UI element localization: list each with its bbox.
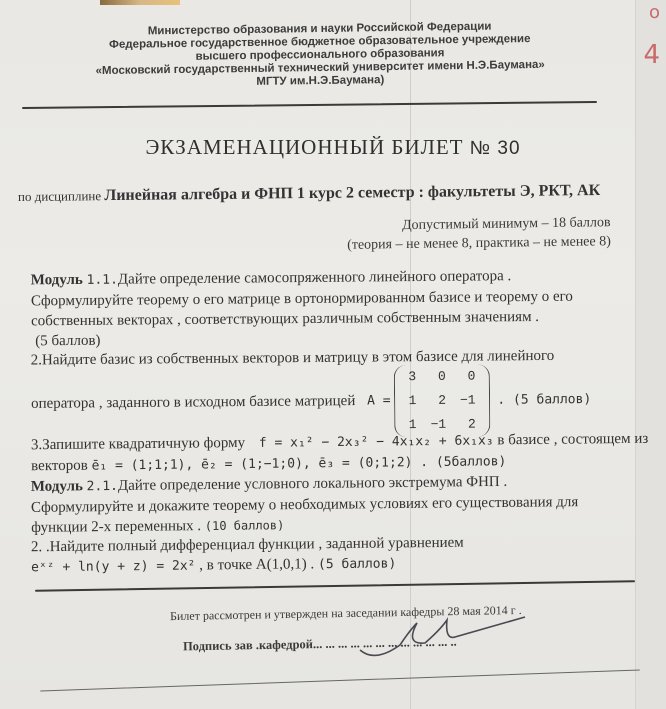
module2-q1: Модуль 2.1.Дайте определение условного л…	[31, 471, 579, 538]
matrix-label: A =	[367, 394, 391, 409]
discipline-name: Линейная алгебра и ФНП 1 курс 2 семестр …	[104, 182, 600, 204]
quadratic-form: f = x₁² − 2x₃² − 4x₁x₂ + 6x₁x₃	[259, 433, 494, 450]
module-label: Модуль	[31, 478, 83, 495]
matrix-cell: 1	[401, 389, 423, 413]
matrix-cell: 3	[401, 365, 423, 389]
question-text: Дайте определение самосопряженного линей…	[118, 268, 511, 287]
discipline-prefix: по дисциплине	[18, 188, 101, 204]
points: (5 баллов)	[318, 556, 396, 572]
matrix-a: 300 12−1 1−12	[394, 364, 490, 437]
margin-mark-1: о	[649, 2, 660, 23]
underlying-page-edge	[635, 0, 666, 709]
body-divider	[35, 580, 635, 591]
discipline-line: по дисциплине Линейная алгебра и ФНП 1 к…	[18, 182, 600, 206]
point-text: , в точке A(1,0,1) .	[199, 556, 314, 573]
header-divider	[22, 101, 597, 109]
minimum-detail: (теория – не менее 8, практика – не мене…	[347, 232, 611, 255]
ticket-title: ЭКЗАМЕНАЦИОННЫЙ БИЛЕТ	[145, 135, 463, 159]
module-label: Модуль	[31, 272, 83, 288]
question-text: Дайте определение условного локального э…	[118, 474, 507, 494]
matrix-cell: 2	[423, 389, 453, 413]
module-number: 1.1.	[87, 273, 118, 288]
footer-divider	[40, 670, 640, 692]
ticket-number: № 30	[470, 138, 521, 159]
margin-mark-2: 4	[643, 40, 660, 70]
module1-q1: Модуль 1.1.Дайте определение самосопряже…	[31, 266, 574, 352]
points: . (5 баллов)	[497, 392, 591, 408]
question-text: в базисе , состоящем из	[497, 431, 648, 449]
question-text: оператора , заданного в исходном базисе …	[31, 393, 355, 412]
implicit-equation: eˣᶻ + ln(y + z) = 2x²	[31, 559, 196, 576]
matrix-cell: 0	[423, 365, 453, 389]
page-title: ЭКЗАМЕНАЦИОННЫЙ БИЛЕТ № 30	[0, 135, 666, 160]
matrix-cell: −1	[453, 389, 483, 413]
question-text: векторов	[31, 458, 88, 475]
question-text: 3.Запишите квадратичную форму	[31, 435, 245, 453]
basis-vectors: ē₁ = (1;1;1), ē₂ = (1;−1;0), ē₃ = (0;1;2…	[91, 454, 506, 473]
module-number: 2.1.	[87, 479, 118, 494]
module1-q2: 2.Найдите базис из собственных векторов …	[31, 346, 592, 441]
photo-edge-object	[100, 0, 180, 5]
points: (10 баллов)	[205, 518, 285, 533]
module2-q2: 2. .Найдите полный дифференциал функции …	[31, 533, 464, 579]
module1-q3: 3.Запишите квадратичную форму f = x₁² − …	[31, 429, 649, 477]
question-text: функции 2-х переменных .	[31, 518, 201, 536]
institution-header: Министерство образования и науки Российс…	[70, 20, 571, 92]
passing-minimum: Допустимый минимум – 18 баллов (теория –…	[347, 213, 611, 255]
matrix-cell: 0	[453, 365, 483, 389]
handwritten-signature	[355, 615, 535, 665]
